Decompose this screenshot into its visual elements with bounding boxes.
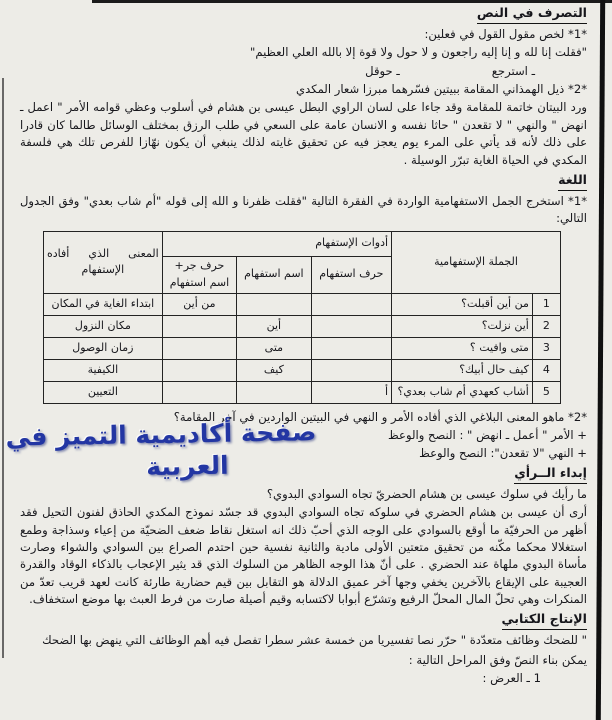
opinion-question: ما رأيك في سلوك عيسى بن هشام الحضريّ تجا… [20,486,587,503]
row-number: 4 [532,359,560,381]
column-header-jarr: حرف جر+ اسم استفهام [162,256,236,293]
cell-meaning: ابتداء الغاية في المكان [44,293,163,315]
column-header-ism: اسم استفهام [237,256,311,293]
cell-meaning: الكيفية [44,359,163,381]
table-row: 3 متى وافيت ؟ متى زمان الوصول [44,337,561,359]
section-opinion: إبداء الــرأي ما رأيك في سلوك عيسى بن هش… [20,464,587,609]
cell-ism: أين [237,315,311,337]
scan-top-border [92,0,612,3]
table-row: 2 أين نزلت؟ أين مكان النزول [44,315,561,337]
cell-meaning: مكان النزول [44,315,163,337]
cell-ism [237,381,311,403]
table-row: 4 كيف حال أبيك؟ كيف الكيفية [44,359,561,381]
cell-jarr: من أين [162,293,236,315]
scan-right-border [596,0,605,720]
cell-ism: كيف [237,359,311,381]
cell-harf [311,337,391,359]
answer-hawqala: ـ حوقل [365,63,400,80]
table-header: الجملة الإستفهامية أدوات الإستفهام المعن… [44,231,561,293]
cell-harf [311,315,391,337]
verb-answers-row: ـ استرجع ـ حوقل [20,63,587,80]
cell-sentence: أشاب كعهدي أم شاب بعدي؟ [392,381,533,403]
cell-sentence: كيف حال أبيك؟ [392,359,533,381]
task1-summarize: *1* لخص مقول القول في فعلين: [20,26,587,43]
table-row: 5 أشاب كعهدي أم شاب بعدي؟ أ التعيين [44,381,561,403]
section-title-opinion: إبداء الــرأي [514,464,587,484]
cell-harf: أ [311,381,391,403]
cell-sentence: متى وافيت ؟ [392,337,533,359]
row-number: 1 [532,293,560,315]
section-writing: الإنتاج الكتابي " للضحك وظائف متعدّدة " … [20,610,587,687]
section-text-handling: التصرف في النص *1* لخص مقول القول في فعل… [20,4,587,169]
cell-jarr [162,337,236,359]
column-header-meaning: المعنى الذي أفاده الإستفهام [44,231,163,293]
language-task2: *2* ماهو المعنى البلاغي الذي أفاده الأمر… [20,409,587,426]
scan-left-border [2,78,4,658]
table-row: 1 من أين أقبلت؟ من أين ابتداء الغاية في … [44,293,561,315]
row-number: 3 [532,337,560,359]
section-title-text-handling: التصرف في النص [477,4,587,24]
verses-explanation-paragraph: ورد البيتان خاتمة للمقامة وقد جاءا على ل… [20,99,587,169]
quoted-speech: "فقلت إنا لله و إنا إليه راجعون و لا حول… [20,44,587,61]
cell-ism [237,293,311,315]
language-answer-nahy: + النهي "لا تقعدن": النصح والوعظ [20,445,587,462]
section-language: اللغة *1* استخرج الجمل الاستفهامية الوار… [20,171,587,463]
cell-sentence: أين نزلت؟ [392,315,533,337]
cell-jarr [162,359,236,381]
writing-step-1: 1 ـ العرض : [20,670,587,687]
cell-sentence: من أين أقبلت؟ [392,293,533,315]
writing-prompt: " للضحك وظائف متعدّدة " حرّر نصا تفسيريا… [20,632,587,649]
opinion-answer-paragraph: أرى أن عيسى بن هشام الحضري في سلوكه تجاه… [20,504,587,608]
interrogative-sentences-table: الجملة الإستفهامية أدوات الإستفهام المعن… [43,231,561,404]
row-number: 2 [532,315,560,337]
cell-jarr [162,381,236,403]
cell-meaning: زمان الوصول [44,337,163,359]
row-number: 5 [532,381,560,403]
section-title-language: اللغة [558,171,587,191]
writing-steps-intro: يمكن بناء النصّ وفق المراحل التالية : [20,652,587,669]
task2-verses: *2* ذيل الهمذاني المقامة ببيتين فسّرهما … [20,81,587,98]
cell-jarr [162,315,236,337]
column-header-harf: حرف استفهام [311,256,391,293]
cell-meaning: التعيين [44,381,163,403]
language-task1: *1* استخرج الجمل الاستفهامية الواردة في … [20,193,587,228]
cell-ism: متى [237,337,311,359]
language-answer-amr: + الأمر " أعمل ـ انهض " : النصح والوعظ [20,427,587,444]
cell-harf [311,293,391,315]
worksheet-content: التصرف في النص *1* لخص مقول القول في فعل… [20,4,587,689]
section-title-writing: الإنتاج الكتابي [502,610,587,630]
cell-harf [311,359,391,381]
answer-istarjaa: ـ استرجع [492,63,535,80]
column-header-sentence: الجملة الإستفهامية [392,231,561,293]
scanned-worksheet-page: التصرف في النص *1* لخص مقول القول في فعل… [0,0,612,720]
column-header-tools: أدوات الإستفهام [162,231,391,256]
